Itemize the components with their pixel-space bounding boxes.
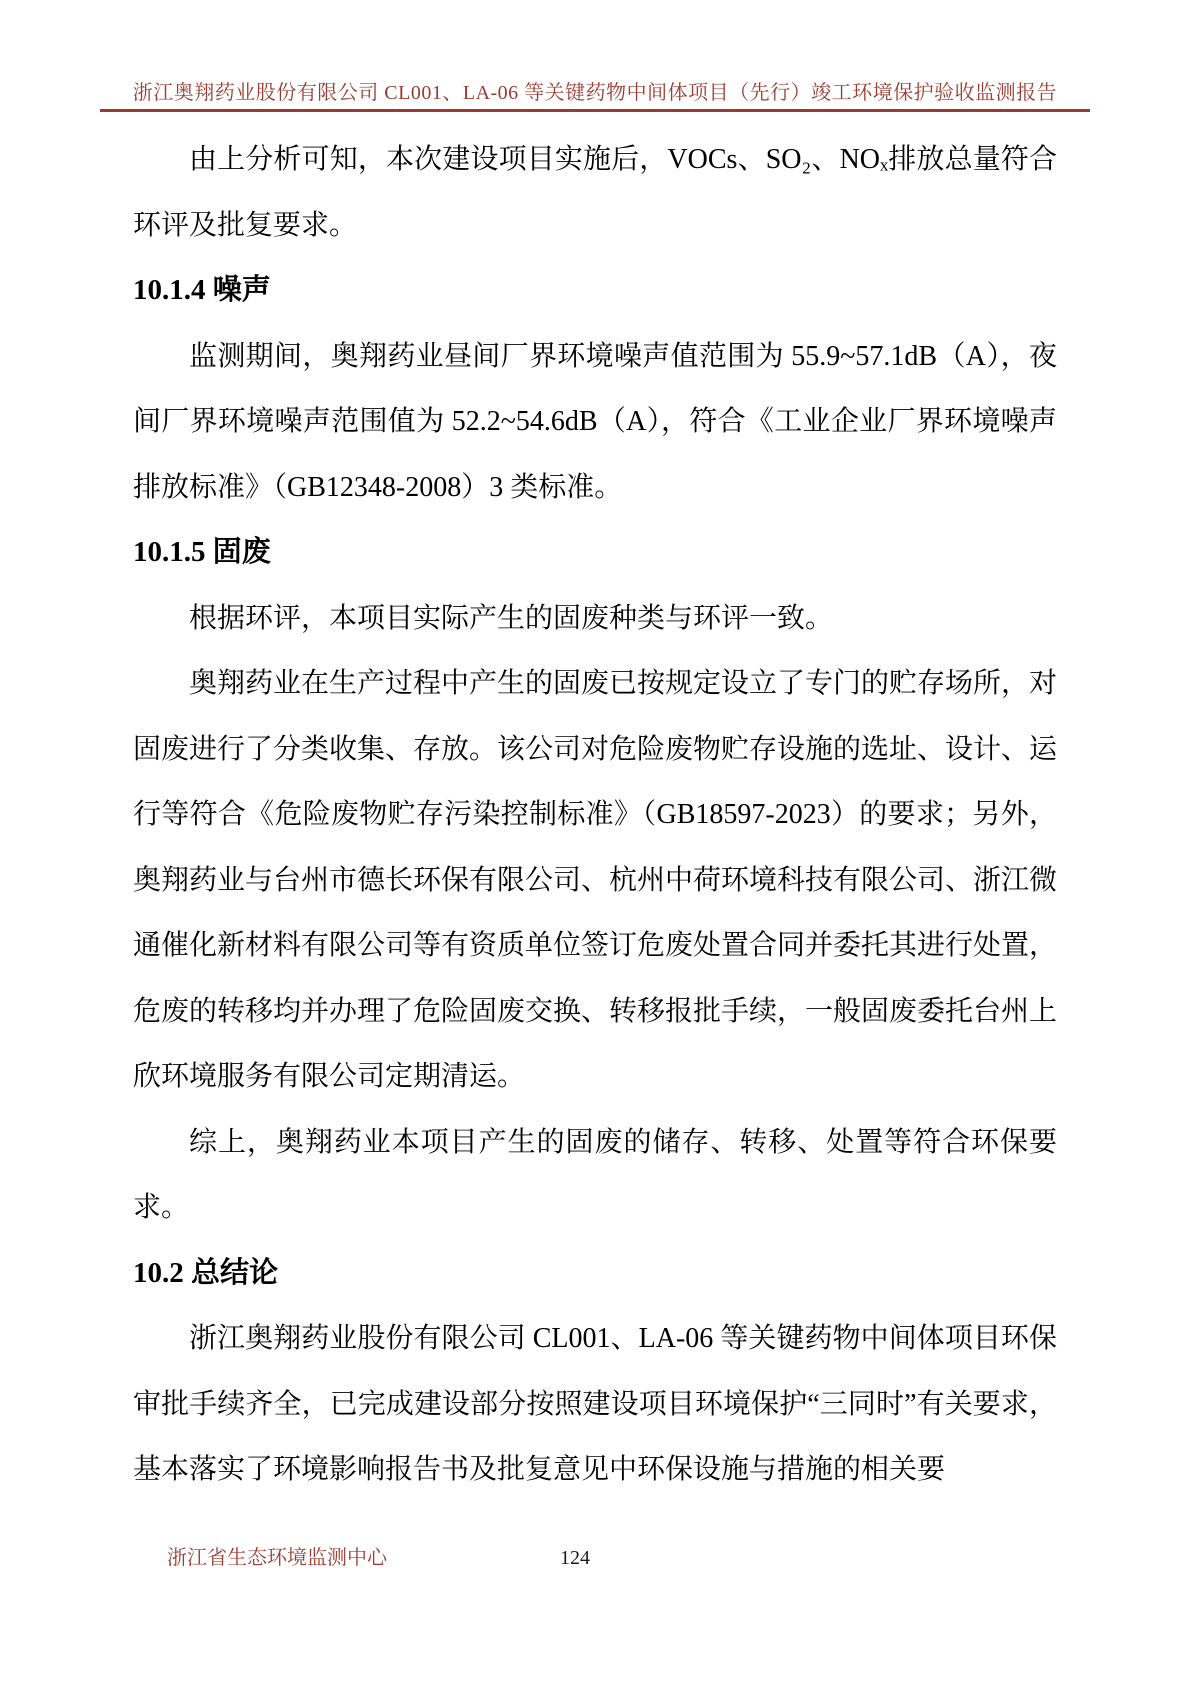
section-heading-solid-waste: 10.1.5 固废 [133,520,1057,586]
paragraph-solid-waste-conclusion: 综上，奥翔药业本项目产生的固废的储存、转移、处置等符合环保要求。 [133,1110,1057,1241]
document-body: 由上分析可知，本次建设项目实施后，VOCs、SO₂、NOₓ排放总量符合环评及批复… [133,127,1057,1503]
paragraph-solid-waste-management: 奥翔药业在生产过程中产生的固废已按规定设立了专门的贮存场所，对固废进行了分类收集… [133,651,1057,1110]
paragraph-noise-monitoring: 监测期间，奥翔药业昼间厂界环境噪声值范围为 55.9~57.1dB（A），夜间厂… [133,324,1057,521]
footer-page-number: 124 [133,1543,1017,1573]
paragraph-overall-conclusion: 浙江奥翔药业股份有限公司 CL001、LA-06 等关键药物中间体项目环保审批手… [133,1306,1057,1503]
document-page: { "page": { "accent_color": "#9a3b31", "… [0,0,1190,1683]
paragraph-emission-summary: 由上分析可知，本次建设项目实施后，VOCs、SO₂、NOₓ排放总量符合环评及批复… [133,127,1057,258]
page-header-title: 浙江奥翔药业股份有限公司 CL001、LA-06 等关键药物中间体项目（先行）竣… [100,76,1090,105]
paragraph-solid-waste-types: 根据环评，本项目实际产生的固废种类与环评一致。 [133,586,1057,652]
page-footer: 浙江省生态环境监测中心 124 [133,1543,1057,1583]
section-heading-noise: 10.1.4 噪声 [133,258,1057,324]
header-divider [100,109,1090,112]
section-heading-conclusion: 10.2 总结论 [133,1241,1057,1307]
